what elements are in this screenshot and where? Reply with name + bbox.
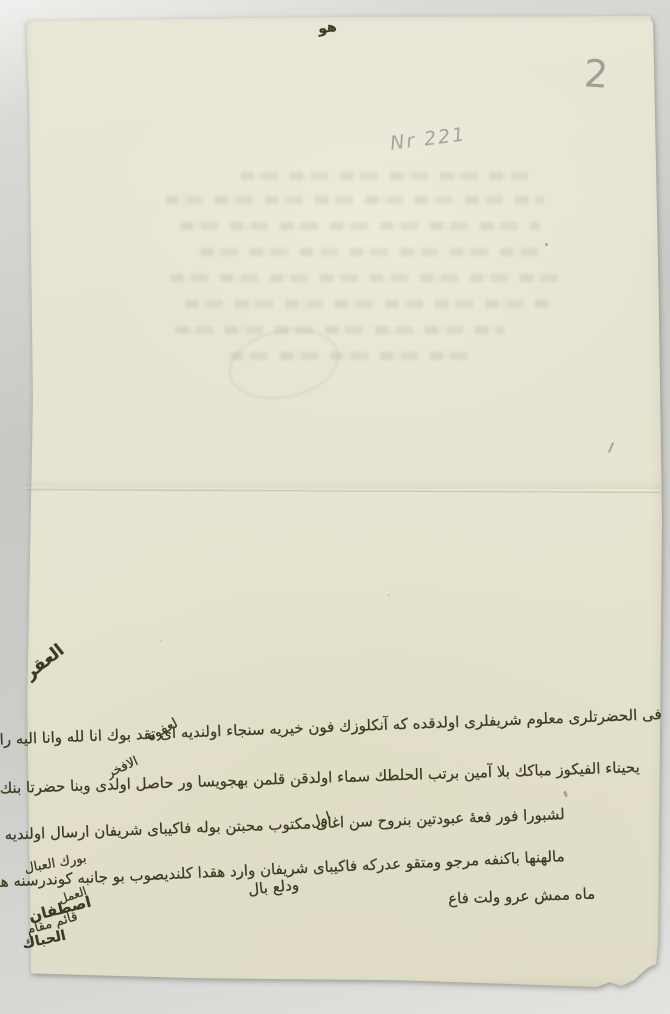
bleedthrough-line bbox=[185, 300, 555, 308]
bleedthrough-line bbox=[170, 274, 560, 282]
bleedthrough-line bbox=[200, 248, 545, 256]
bleedthrough-line bbox=[240, 172, 540, 180]
paper-speck bbox=[160, 640, 162, 642]
invocation-mark: هو bbox=[317, 19, 338, 37]
paper-speck bbox=[388, 594, 390, 596]
bleedthrough-line bbox=[180, 222, 540, 230]
bleedthrough-line bbox=[165, 196, 545, 204]
paper-speck bbox=[545, 243, 548, 246]
pencil-page-number: 2 bbox=[583, 51, 609, 96]
bleedthrough-line bbox=[175, 326, 505, 334]
